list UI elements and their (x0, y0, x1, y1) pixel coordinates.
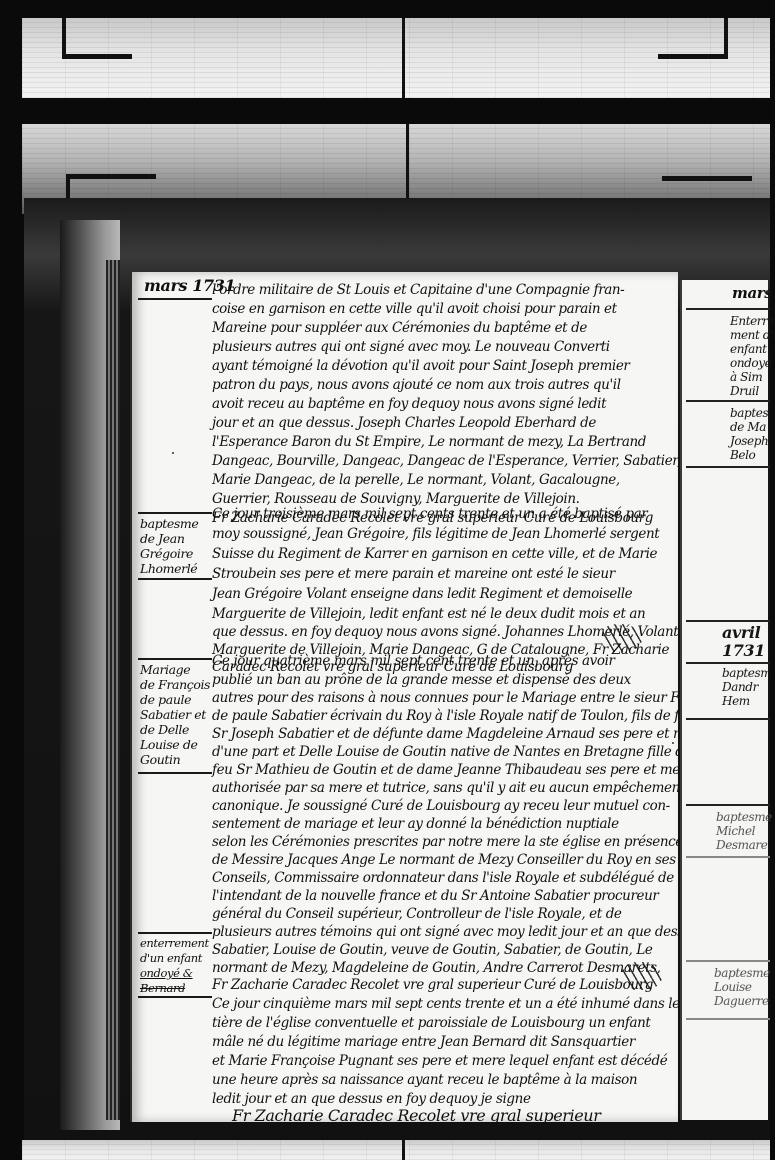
margin-note-baptism: baptesme de Jean Grégoire Lhomerlé (140, 516, 212, 576)
text-line: canonique. Je soussigné Curé de Louisbou… (212, 800, 670, 814)
text-line: tière de l'église conventuelle et parois… (212, 1017, 650, 1031)
margin-note-line: Grégoire (140, 546, 212, 561)
margin-note-line: Bernard (140, 981, 212, 996)
date-header-right: mars 17 (732, 286, 775, 301)
text-line: et Marie Françoise Pugnant ses pere et m… (212, 1055, 667, 1069)
margin-rule (686, 308, 770, 310)
note-line: Hem (722, 694, 775, 708)
frame-bracket (62, 18, 66, 58)
text-line: l'Esperance Baron du St Empire, Le norma… (212, 436, 646, 450)
text-line: ledit jour et an que dessus en foy dequo… (212, 1093, 531, 1107)
text-line: de paule Sabatier écrivain du Roy à l'is… (212, 710, 695, 724)
text-line: mâle né du légitime mariage entre Jean B… (212, 1036, 635, 1050)
text-line: Conseils, Commissaire ordonnateur dans l… (212, 872, 674, 886)
register-page-left: mars 1731 l'ordre militaire de St Louis … (130, 272, 678, 1122)
margin-rule (686, 856, 770, 858)
note-line: Joseph (730, 434, 775, 448)
text-line: Marguerite de Villejoin, ledit enfant es… (212, 608, 645, 622)
margin-note-line: enterrement (140, 936, 212, 951)
margin-rule (138, 932, 212, 934)
text-line: Sr Joseph Sabatier et de défunte dame Ma… (212, 728, 707, 742)
frame-bracket (724, 18, 728, 58)
margin-note-line: de Delle (140, 722, 212, 737)
signature-line: Fr Zacharie Caradec Recolet vre gral sup… (232, 1108, 600, 1124)
margin-rule (686, 662, 770, 664)
note-line: Belo (730, 448, 775, 462)
text-line: Stroubein ses pere et mere parain et mar… (212, 568, 615, 582)
margin-note-line: Louise de (140, 737, 212, 752)
margin-rule (138, 512, 212, 514)
margin-rule (686, 960, 770, 962)
margin-rule (686, 400, 770, 402)
text-line: l'intendant de la nouvelle france et du … (212, 890, 658, 904)
text-line: ayant témoigné la dévotion qu'il avoit p… (212, 360, 630, 374)
strip-divider (402, 18, 405, 98)
margin-note-line: d'un enfant (140, 951, 212, 966)
text-line: normant de Mezy, Magdeleine de Goutin, A… (212, 962, 661, 976)
text-line: Dangeac, Bourville, Dangeac, Dangeac de … (212, 455, 681, 469)
text-line: de Messire Jacques Ange Le normant de Me… (212, 854, 676, 868)
text-line: Suisse du Regiment de Karrer en garnison… (212, 548, 657, 562)
text-line: authorisée par sa mere et tutrice, sans … (212, 782, 685, 796)
text-line: jour et an que dessus. Joseph Charles Le… (212, 417, 596, 431)
margin-note-line: Sabatier et (140, 707, 212, 722)
text-line: patron du pays, nous avons ajouté ce nom… (212, 379, 621, 393)
note-line: Michel (716, 824, 775, 838)
right-margin-note: baptes de Ma Joseph Belo (730, 406, 775, 462)
text-line: Fr Zacharie Caradec Recolet vre gral sup… (212, 979, 653, 993)
text-line: selon les Cérémonies prescrites par notr… (212, 836, 683, 850)
note-line: baptesme (716, 810, 775, 824)
note-line: ment d'un (730, 328, 775, 342)
text-line: avoit receu au baptême en foy dequoy nou… (212, 398, 606, 412)
right-margin-note: Enterre- ment d'un enfant ondoyé à Sim D… (730, 314, 775, 398)
text-line: publié un ban au prône de la grande mess… (212, 674, 631, 688)
text-line: feu Sr Mathieu de Goutin et de dame Jean… (212, 764, 694, 778)
text-line: moy soussigné, Jean Grégoire, fils légit… (212, 528, 659, 542)
note-line: Druil (730, 384, 775, 398)
date-header-april: avril 1731 (722, 624, 775, 660)
margin-note-line: ondoyé & (140, 966, 212, 981)
text-line: Mareine pour suppléer aux Cérémonies du … (212, 322, 587, 336)
margin-note-line: de Jean (140, 531, 212, 546)
note-line: Louise (714, 980, 775, 994)
signature-flourish (622, 962, 662, 990)
note-line: Desmare (716, 838, 775, 852)
note-line: baptesme (714, 966, 775, 980)
text-line: autres pour des raisons à nous connues p… (212, 692, 727, 706)
text-line: plusieurs autres témoins qui ont signé a… (212, 926, 702, 940)
note-line: Enterre- (730, 314, 775, 328)
right-margin-note: baptesme Louise Daguerre (714, 966, 775, 1008)
text-line: coise en garnison en cette ville qu'il a… (212, 303, 617, 317)
text-line: Guerrier, Rousseau de Souvigny, Margueri… (212, 493, 580, 507)
margin-rule (686, 804, 770, 806)
paper-speck (172, 452, 174, 454)
margin-rule (686, 718, 770, 720)
signature-flourish (602, 624, 642, 652)
text-line: Ce jour quatrième mars mil sept cent tre… (212, 655, 615, 669)
text-line: Sabatier, Louise de Goutin, veuve de Gou… (212, 944, 652, 958)
margin-rule (138, 996, 212, 998)
text-line: Marie Dangeac, de la perelle, Le normant… (212, 474, 620, 488)
frame-bracket (66, 174, 156, 179)
microfilm-strip-bottom (22, 1140, 770, 1160)
text-line: plusieurs autres qui ont signé avec moy.… (212, 341, 610, 355)
book-page-edges (60, 220, 120, 1130)
frame-bracket (658, 54, 728, 59)
text-line: Jean Grégoire Volant enseigne dans ledit… (212, 588, 632, 602)
note-line: de Ma (730, 420, 775, 434)
margin-note-burial: enterrement d'un enfant ondoyé & Bernard (140, 936, 212, 996)
right-margin-note: baptesm Dandr Hem (722, 666, 775, 708)
text-line: sentement de mariage et leur ay donné la… (212, 818, 619, 832)
note-line: à Sim (730, 370, 775, 384)
text-line: général du Conseil supérieur, Controlleu… (212, 908, 622, 922)
margin-rule (138, 658, 212, 660)
margin-rule (686, 466, 770, 468)
margin-rule (686, 1018, 770, 1020)
note-line: 1731 (722, 642, 775, 660)
register-page-right: mars 17 Enterre- ment d'un enfant ondoyé… (680, 280, 768, 1120)
microfilm-strip-top (22, 18, 770, 98)
text-line: Ce jour troisième mars mil sept cents tr… (212, 508, 647, 522)
note-line: ondoyé (730, 356, 775, 370)
margin-rule (138, 298, 212, 300)
margin-note-line: Goutin (140, 752, 212, 767)
margin-note-line: Lhomerlé (140, 561, 212, 576)
margin-note-marriage: Mariage de François de paule Sabatier et… (140, 662, 212, 767)
note-line: Dandr (722, 680, 775, 694)
margin-note-line: de François (140, 677, 212, 692)
text-line: Ce jour cinquième mars mil sept cents tr… (212, 998, 722, 1012)
note-line: avril (722, 624, 775, 642)
text-line: une heure après sa naissance ayant receu… (212, 1074, 637, 1088)
frame-bracket (662, 176, 752, 181)
paper-speck (672, 742, 674, 744)
text-line: l'ordre militaire de St Louis et Capitai… (212, 284, 624, 298)
margin-note-line: Mariage (140, 662, 212, 677)
margin-rule (138, 578, 212, 580)
margin-note-line: de paule (140, 692, 212, 707)
margin-rule (138, 772, 212, 774)
text-line: d'une part et Delle Louise de Goutin nat… (212, 746, 691, 760)
note-line: Daguerre (714, 994, 775, 1008)
margin-rule (686, 620, 770, 622)
margin-note-line: baptesme (140, 516, 212, 531)
note-line: enfant (730, 342, 775, 356)
frame-bracket (62, 54, 132, 59)
strip-divider (402, 1140, 405, 1160)
note-line: baptes (730, 406, 775, 420)
right-margin-note: baptesme Michel Desmare (716, 810, 775, 852)
note-line: baptesm (722, 666, 775, 680)
